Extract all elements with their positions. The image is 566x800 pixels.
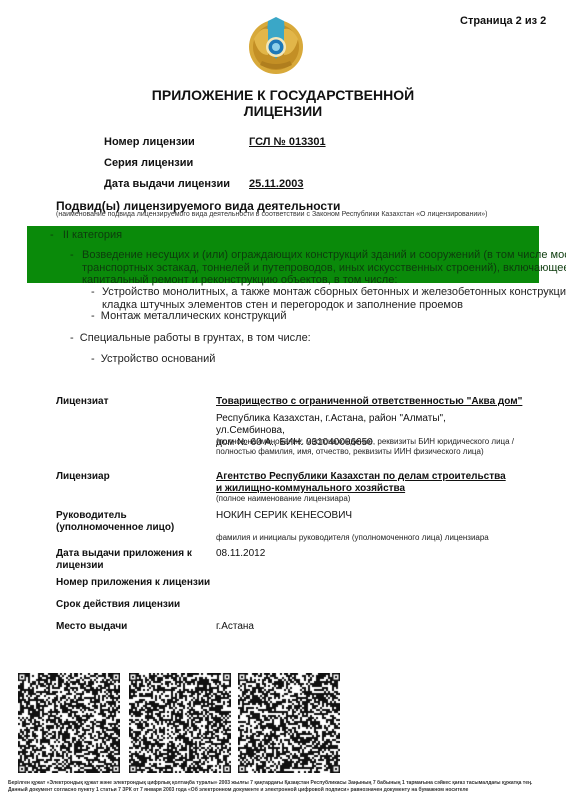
licensor-note: (полное наименование лицензиара) (216, 494, 516, 504)
qr-code-icon (18, 673, 120, 773)
list-item-text-line: Устройство монолитных, а также монтаж сб… (102, 286, 551, 299)
list-item-foundations: - Устройство оснований (91, 353, 215, 366)
head-label: Руководитель (уполномоченное лицо) (56, 510, 211, 534)
list-dash: - (91, 310, 95, 322)
list-item-text-line: капитальный ремонт и реконструкцию объек… (82, 274, 550, 287)
footer-line-kz: Берілген құжат «Электрондық құжат және э… (8, 780, 558, 787)
list-dash: - (91, 353, 95, 365)
license-number-value: ГСЛ № 013301 (249, 136, 326, 148)
list-dash: - (70, 249, 74, 262)
appendix-date-value: 08.11.2012 (216, 548, 516, 560)
licensee-note: (полное наименование, местонахождение, р… (216, 437, 516, 457)
list-item-special-works: - Специальные работы в грунтах, в том чи… (70, 332, 311, 345)
list-dash: - (70, 332, 74, 344)
list-item-structures: - Возведение несущих и (или) ограждающих… (70, 249, 550, 287)
licensee-label: Лицензиат (56, 396, 216, 408)
place-label: Место выдачи (56, 621, 216, 633)
licensee-name: Товарищество с ограниченной ответственно… (216, 396, 536, 408)
list-item-text: Монтаж металлических конструкций (101, 310, 287, 322)
list-item-text: Специальные работы в грунтах, в том числ… (80, 332, 311, 344)
list-item-text-line: Возведение несущих и (или) ограждающих к… (82, 249, 550, 262)
legal-footer: Берілген құжат «Электрондық құжат және э… (8, 780, 558, 794)
list-item-monolithic: - Устройство монолитных, а также монтаж … (91, 286, 551, 311)
page-indicator: Страница 2 из 2 (460, 15, 546, 27)
list-item-metal: - Монтаж металлических конструкций (91, 310, 286, 323)
appendix-number-label: Номер приложения к лицензии (56, 577, 216, 589)
list-item-category: - II категория (50, 229, 122, 242)
licensor-label: Лицензиар (56, 471, 216, 483)
qr-code-icon (129, 673, 231, 773)
state-emblem-icon (246, 15, 306, 75)
licensee-address-line: Республика Казахстан, г.Астана, район "А… (216, 413, 516, 437)
list-dash: - (50, 229, 54, 241)
list-item-text-line: транспортных эстакад, тоннелей и путепро… (82, 262, 550, 275)
subtypes-note: (наименование подвида лицензируемого вид… (56, 211, 487, 218)
license-series-label: Серия лицензии (104, 157, 193, 169)
qr-code-icon (238, 673, 340, 773)
list-item-text: Устройство оснований (101, 353, 216, 365)
document-title: ПРИЛОЖЕНИЕ К ГОСУДАРСТВЕННОЙ ЛИЦЕНЗИИ (0, 87, 566, 119)
title-line-1: ПРИЛОЖЕНИЕ К ГОСУДАРСТВЕННОЙ (0, 87, 566, 103)
license-date-value: 25.11.2003 (249, 178, 303, 190)
head-note: фамилия и инициалы руководителя (уполном… (216, 533, 516, 543)
license-date-label: Дата выдачи лицензии (104, 178, 230, 190)
place-value: г.Астана (216, 621, 516, 633)
footer-line-ru: Данный документ согласно пункту 1 статьи… (8, 787, 558, 794)
list-item-text: II категория (63, 229, 122, 241)
list-dash: - (91, 286, 95, 299)
licensor-name: Агентство Республики Казахстан по делам … (216, 471, 506, 495)
license-number-label: Номер лицензии (104, 136, 195, 148)
validity-label: Срок действия лицензии (56, 599, 216, 611)
title-line-2: ЛИЦЕНЗИИ (0, 103, 566, 119)
head-value: НОКИН СЕРИК КЕНЕСОВИЧ (216, 510, 516, 522)
appendix-date-label: Дата выдачи приложения к лицензии (56, 548, 196, 572)
